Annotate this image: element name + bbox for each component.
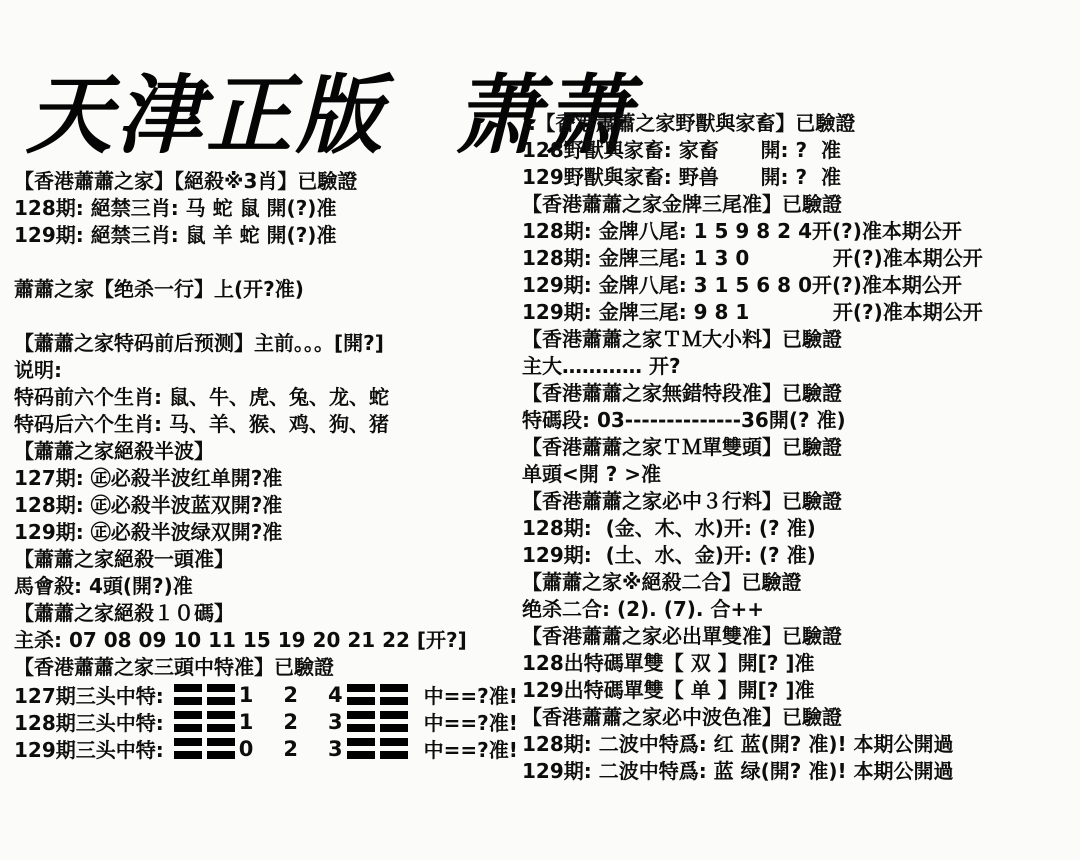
text-line: 129期: 金牌三尾: 9 8 1 开(?)准本期公开 (522, 299, 1078, 326)
digram-bars-icon (347, 684, 408, 705)
text-line: 129期: (土、水、金)开: (? 准) (522, 542, 1078, 569)
scanned-tip-sheet: 天津正版 萧萧 【香港蕭蕭之家】【絕殺※3肖】已驗證128期: 絕禁三肖: 马 … (0, 0, 1080, 860)
text-line: 【香港蕭蕭之家三頭中特准】已驗證 (14, 654, 520, 681)
text-line: 特码前六个生肖: 鼠、牛、虎、兔、龙、蛇 (14, 384, 520, 411)
trigram-row-label: 128期三头中特: (14, 707, 164, 736)
right-column: ‥【香港蕭蕭之家野獸與家畜】已驗證128野獸與家畜: 家畜 開: ? 准129野… (522, 110, 1078, 785)
text-line: 【香港蕭蕭之家必中３行料】已驗證 (522, 488, 1078, 515)
text-line: 129野獸與家畜: 野兽 開: ? 准 (522, 164, 1078, 191)
text-line: 特码后六个生肖: 马、羊、猴、鸡、狗、猪 (14, 411, 520, 438)
text-line: 特碼段: 03--------------36開(? 准) (522, 407, 1078, 434)
left-text-lines: 【香港蕭蕭之家】【絕殺※3肖】已驗證128期: 絕禁三肖: 马 蛇 鼠 開(?)… (14, 168, 520, 681)
text-line: 【蕭蕭之家絕殺一頭准】 (14, 546, 520, 573)
text-line: 单頭<開 ? >准 (522, 461, 1078, 488)
text-line: 128野獸與家畜: 家畜 開: ? 准 (522, 137, 1078, 164)
digram-bars-icon (174, 684, 235, 705)
text-line: 128期: 金牌三尾: 1 3 0 开(?)准本期公开 (522, 245, 1078, 272)
text-line: 【香港蕭蕭之家金牌三尾准】已驗證 (522, 191, 1078, 218)
text-line: 说明: (14, 357, 520, 384)
trigram-row-result: 中==?准! (424, 734, 518, 763)
digram-bars-icon (174, 711, 235, 732)
text-line: 【香港蕭蕭之家必出單雙准】已驗證 (522, 623, 1078, 650)
trigram-number: 1 (239, 710, 254, 734)
text-line: 129期: 二波中特爲: 蓝 绿(開? 准)! 本期公開過 (522, 758, 1078, 785)
right-text-lines: ‥【香港蕭蕭之家野獸與家畜】已驗證128野獸與家畜: 家畜 開: ? 准129野… (522, 110, 1078, 785)
text-line: 129期: 金牌八尾: 3 1 5 6 8 0开(?)准本期公开 (522, 272, 1078, 299)
left-column: 【香港蕭蕭之家】【絕殺※3肖】已驗證128期: 絕禁三肖: 马 蛇 鼠 開(?)… (14, 168, 520, 762)
text-line: 馬會殺: 4頭(開?)准 (14, 573, 520, 600)
trigram-row-label: 129期三头中特: (14, 734, 164, 763)
text-line: 【香港蕭蕭之家無錯特段准】已驗證 (522, 380, 1078, 407)
text-line: 128期: (金、木、水)开: (? 准) (522, 515, 1078, 542)
text-line: 主大………… 开? (522, 353, 1078, 380)
trigram-row-label: 127期三头中特: (14, 680, 164, 709)
text-line: 【蕭蕭之家※絕殺二合】已驗證 (522, 569, 1078, 596)
text-line: 129期: ㊣必殺半波绿双開?准 (14, 519, 520, 546)
trigram-row-129: 129期三头中特: 0 2 3 中==?准! (14, 735, 520, 762)
digram-bars-icon (174, 738, 235, 759)
text-line: 129期: 絕禁三肖: 鼠 羊 蛇 開(?)准 (14, 222, 520, 249)
text-line: 128出特碼單雙【 双 】開[? ]准 (522, 650, 1078, 677)
trigram-number: 3 (328, 710, 343, 734)
text-line: 绝杀二合: (2). (7). 合++ (522, 596, 1078, 623)
text-line: 【蕭蕭之家絕殺半波】 (14, 438, 520, 465)
text-line: 【蕭蕭之家絕殺１０碼】 (14, 600, 520, 627)
text-line: 主杀: 07 08 09 10 11 15 19 20 21 22 [开?] (14, 627, 520, 654)
trigram-row-result: 中==?准! (424, 707, 518, 736)
text-line: 【蕭蕭之家特码前后预测】主前。。。[開?] (14, 330, 520, 357)
text-line: 【香港蕭蕭之家ＴＭ單雙頭】已驗證 (522, 434, 1078, 461)
trigram-row-127: 127期三头中特: 1 2 4 中==?准! (14, 681, 520, 708)
digram-bars-icon (347, 738, 408, 759)
text-line (14, 249, 520, 276)
text-line: ‥【香港蕭蕭之家野獸與家畜】已驗證 (522, 110, 1078, 137)
trigram-number: 2 (283, 737, 298, 761)
digram-bars-icon (347, 711, 408, 732)
text-line: 128期: 絕禁三肖: 马 蛇 鼠 開(?)准 (14, 195, 520, 222)
trigram-number: 2 (283, 683, 298, 707)
trigram-number: 3 (328, 737, 343, 761)
trigram-number: 4 (328, 683, 343, 707)
text-line: 128期: 二波中特爲: 红 蓝(開? 准)! 本期公開過 (522, 731, 1078, 758)
trigram-row-128: 128期三头中特: 1 2 3 中==?准! (14, 708, 520, 735)
text-line: 【香港蕭蕭之家必中波色准】已驗證 (522, 704, 1078, 731)
trigram-number: 1 (239, 683, 254, 707)
text-line: 128期: 金牌八尾: 1 5 9 8 2 4开(?)准本期公开 (522, 218, 1078, 245)
text-line (14, 303, 520, 330)
text-line: 【香港蕭蕭之家】【絕殺※3肖】已驗證 (14, 168, 520, 195)
text-line: 蕭蕭之家【绝杀一行】上(开?准) (14, 276, 520, 303)
text-line: 127期: ㊣必殺半波红单開?准 (14, 465, 520, 492)
trigram-row-result: 中==?准! (424, 680, 518, 709)
text-line: 【香港蕭蕭之家ＴＭ大小料】已驗證 (522, 326, 1078, 353)
text-line: 129出特碼單雙【 单 】開[? ]准 (522, 677, 1078, 704)
text-line: 128期: ㊣必殺半波蓝双開?准 (14, 492, 520, 519)
trigram-number: 2 (283, 710, 298, 734)
trigram-number: 0 (239, 737, 254, 761)
